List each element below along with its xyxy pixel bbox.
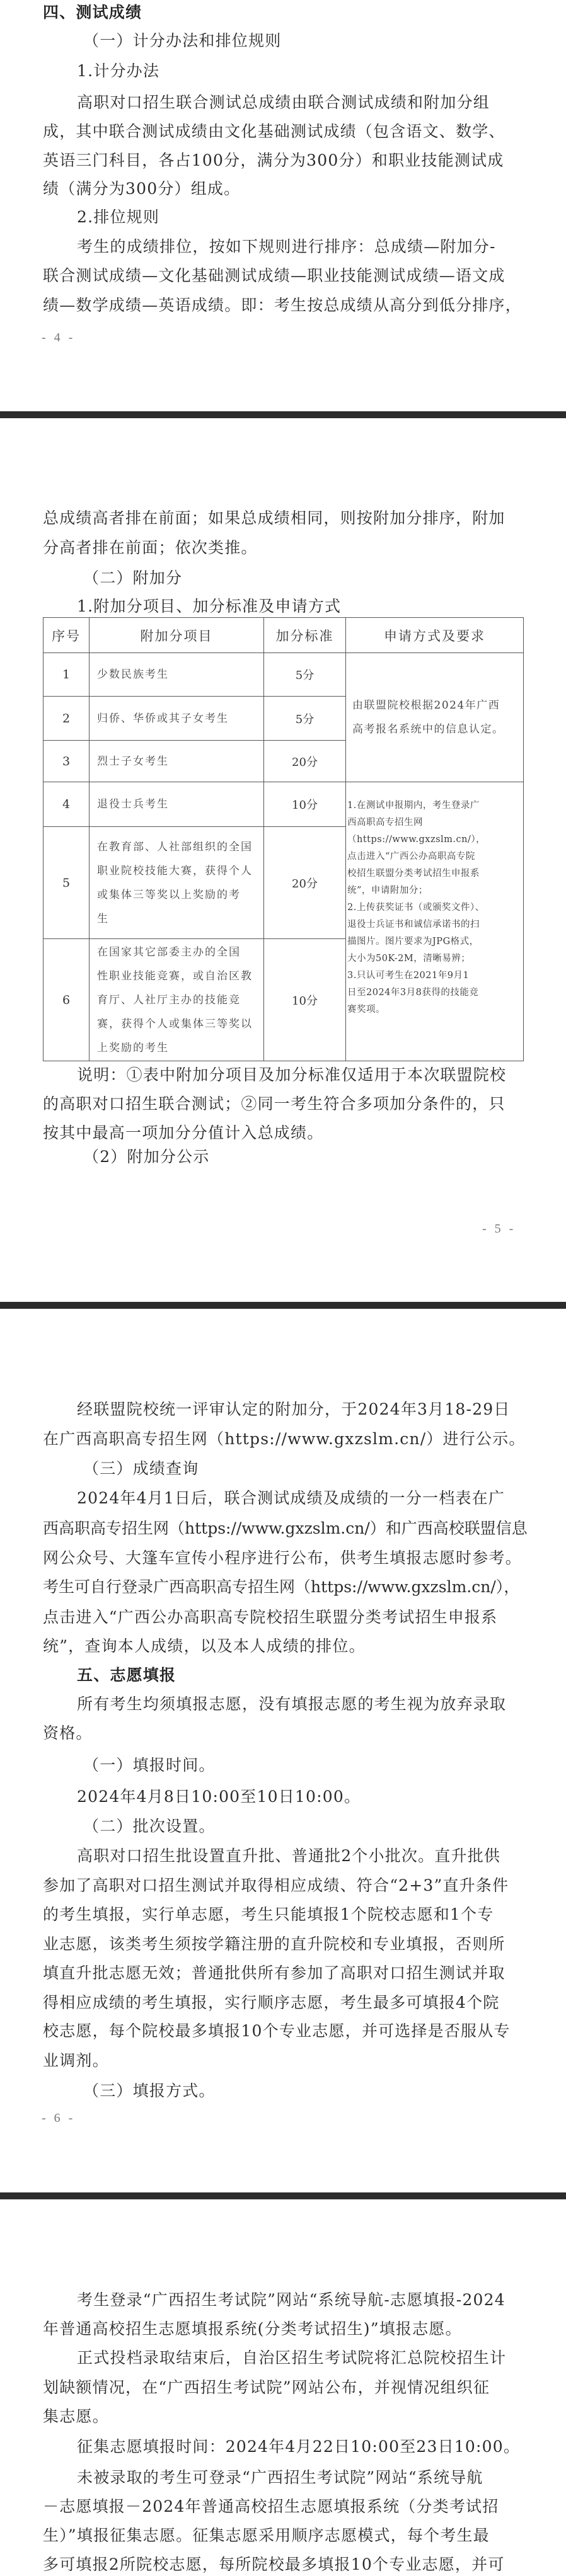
subheading-bonus-points: （二）附加分: [83, 569, 560, 588]
paragraph-line: 网公众号、大篷车宣传小程序进行公布，供考生填报志愿时参考。: [43, 1549, 519, 1568]
row-number: 5: [43, 827, 90, 939]
paragraph-line: 划缺额情况，在“广西招生考试院”网站公布，并视情况组织征: [43, 2378, 519, 2397]
requirement-line: 校招生联盟分类考试招生申报系: [347, 865, 522, 882]
paragraph-line: 分高者排在前面；依次类推。: [43, 539, 519, 557]
requirement-line: 描图片。图片要求为JPG格式，: [347, 933, 522, 950]
bonus-item-line: 赛，获得个人或集体三等奖以: [97, 1012, 258, 1036]
bonus-item: 烈士子女考生: [90, 741, 264, 782]
subheading-scoring-method: 1.计分办法: [77, 62, 519, 81]
paragraph-line: 未被录取的考生可登录“广西招生考试院”网站“系统导航: [77, 2468, 519, 2487]
paragraph-line: －志愿填报－2024年普通高校招生志愿填报系统（分类考试招: [43, 2497, 519, 2516]
paragraph-line: 业调剂。: [43, 2051, 519, 2070]
bonus-item-line: 育厅、人社厅主办的技能竞: [97, 988, 258, 1012]
bonus-standard: 5分: [264, 653, 346, 697]
page-number: - 5 -: [482, 1222, 516, 1236]
paragraph-line: 绩—数学成绩—英语成绩。即：考生按总成绩从高分到低分排序，: [43, 296, 519, 315]
note-line: 说明：①表中附加分项目及加分标准仅适用于本次联盟院校: [77, 1066, 519, 1085]
page-number: - 6 -: [42, 2111, 75, 2126]
subheading-batch-setting: （二）批次设置。: [83, 1817, 560, 1836]
paragraph-line: 总成绩高者排在前面；如果总成绩相同，则按附加分排序，附加: [43, 509, 519, 528]
requirement-line: 大小为50K-2M，清晰易辨；: [347, 950, 522, 967]
paragraph-line: 在广西高职高专招生网（https://www.gxzslm.cn/）进行公示。: [43, 1430, 519, 1449]
row-number: 1: [43, 653, 90, 697]
row-number: 3: [43, 741, 90, 782]
paragraph-line: 年普通高校招生志愿填报系统(分类考试招生)”填报志愿。: [43, 2320, 519, 2339]
table-header-row: 序号 附加分项目 加分标准 申请方式及要求: [43, 618, 524, 653]
bonus-item: 在教育部、人社部组织的全国 职业院校技能大赛，获得个人 或集体三等奖以上奖励的考…: [90, 827, 264, 939]
section-heading-test-scores: 四、测试成绩: [43, 3, 519, 22]
column-header-requirement: 申请方式及要求: [346, 618, 524, 653]
requirement-line: 统”，申请附加分；: [347, 882, 522, 899]
note-line: 按其中最高一项加分分值计入总成绩。: [43, 1124, 519, 1143]
paragraph-line: 填直升批志愿无效；普通批供所有参加了高职对口招生测试并取: [43, 1964, 519, 1983]
requirement-line: 退役士兵证书和诚信承诺书的扫: [347, 916, 522, 933]
paragraph-line: 统”，查询本人成绩，以及本人成绩的排位。: [43, 1637, 519, 1656]
page-separator: [0, 411, 566, 418]
paragraph-line: 正式投档录取结束后，自治区招生考试院将汇总院校招生计: [77, 2349, 519, 2368]
page-separator: [0, 2192, 566, 2199]
subheading-application-time: （一）填报时间。: [83, 1756, 560, 1775]
paragraph-line: 参加了高职对口招生测试并取得相应成绩、符合“2+3”直升条件: [43, 1876, 519, 1895]
bonus-standard: 10分: [264, 939, 346, 1061]
paragraph-line: 英语三门科目，各占100分，满分为300分）和职业技能测试成: [43, 151, 519, 170]
paragraph-line: 绩（满分为300分）组成。: [43, 180, 519, 198]
paragraph-line: 考生可自行登录广西高职高专招生网（https://www.gxzslm.cn/）…: [43, 1578, 519, 1597]
bonus-item: 退役士兵考生: [90, 782, 264, 827]
requirement-line: 由联盟院校根据2024年广西: [352, 693, 519, 717]
bonus-item-line: 生: [97, 907, 258, 931]
bonus-item: 在国家其它部委主办的全国 性职业技能竞赛，或自治区教 育厅、人社厅主办的技能竞 …: [90, 939, 264, 1061]
bonus-standard: 20分: [264, 827, 346, 939]
paragraph-line: 多可填报2所院校志愿，每所院校最多填报10个专业志愿，并可: [43, 2555, 519, 2574]
section-heading-application: 五、志愿填报: [77, 1666, 519, 1685]
table-row: 4 退役士兵考生 10分 1.在测试申报期内，考生登录广 西高职高专招生网 （h…: [43, 782, 524, 827]
requirement-line: 点击进入“广西公办高职高专院: [347, 848, 522, 865]
bonus-standard: 5分: [264, 697, 346, 741]
paragraph-line: 集志愿。: [43, 2407, 519, 2426]
bonus-standard: 10分: [264, 782, 346, 827]
table-row: 1 少数民族考生 5分 由联盟院校根据2024年广西 高考报名系统中的信息认定。: [43, 653, 524, 697]
subheading-scoring-ranking: （一）计分办法和排位规则: [83, 31, 560, 50]
row-number: 4: [43, 782, 90, 827]
requirement-cell-group-2: 1.在测试申报期内，考生登录广 西高职高专招生网 （https://www.gx…: [346, 782, 524, 1061]
row-number: 2: [43, 697, 90, 741]
bonus-item: 归侨、华侨或其子女考生: [90, 697, 264, 741]
subheading-score-query: （三）成绩查询: [83, 1459, 560, 1478]
paragraph-line: 业志愿，该类考生须按学籍注册的直升院校和专业填报，否则所: [43, 1935, 519, 1954]
bonus-item-line: 职业院校技能大赛，获得个人: [97, 859, 258, 883]
paragraph-line: 资格。: [43, 1724, 519, 1743]
subheading-bonus-items: 1.附加分项目、加分标准及申请方式: [77, 597, 519, 616]
requirement-line: 2.上传获奖证书（或颁奖文件）、: [347, 899, 522, 916]
paragraph-line: 2024年4月1日后，联合测试成绩及成绩的一分一档表在广: [77, 1489, 519, 1508]
paragraph-line: 所有考生均须填报志愿，没有填报志愿的考生视为放弃录取: [77, 1695, 519, 1714]
requirement-line: 赛奖项。: [347, 1001, 522, 1018]
requirement-line: 日至2024年3月8获得的技能竞: [347, 984, 522, 1001]
column-header-item: 附加分项目: [90, 618, 264, 653]
requirement-line: 高考报名系统中的信息认定。: [352, 717, 519, 741]
page-separator: [0, 1302, 566, 1309]
paragraph-line: 考生的成绩排位，按如下规则进行排序：总成绩—附加分-: [77, 237, 519, 256]
bonus-item-line: 在国家其它部委主办的全国: [97, 940, 258, 964]
paragraph-line: 成，其中联合测试成绩由文化基础测试成绩（包含语文、数学、: [43, 122, 519, 141]
paragraph-line: 高职对口招生联合测试总成绩由联合测试成绩和附加分组: [77, 93, 519, 112]
paragraph-line: 得相应成绩的考生填报，实行顺序志愿，考生最多可填报4个院: [43, 1993, 519, 2012]
bonus-item-line: 在教育部、人社部组织的全国: [97, 835, 258, 859]
row-number: 6: [43, 939, 90, 1061]
paragraph-line: 西高职高专招生网（https://www.gxzslm.cn/）和广西高校联盟信…: [43, 1519, 519, 1538]
requirement-line: 3.只认可考生在2021年9月1: [347, 967, 522, 984]
paragraph-line: 高职对口招生批设置直升批、普通批2个小批次。直升批供: [77, 1847, 519, 1866]
requirement-line: 西高职高专招生网: [347, 814, 522, 831]
requirement-url: （https://www.gxzslm.cn/），: [347, 831, 522, 848]
paragraph-line: 考生登录“广西招生考试院”网站“系统导航-志愿填报-2024: [77, 2291, 519, 2310]
column-header-no: 序号: [43, 618, 90, 653]
bonus-item: 少数民族考生: [90, 653, 264, 697]
paragraph-line: 联合测试成绩—文化基础测试成绩—职业技能测试成绩—语文成: [43, 266, 519, 285]
bonus-item-line: 上奖励的考生: [97, 1036, 258, 1060]
paragraph-line: 2024年4月8日10:00至10日10:00。: [77, 1787, 519, 1806]
requirement-line: 1.在测试申报期内，考生登录广: [347, 797, 522, 814]
paragraph-line: 经联盟院校统一评审认定的附加分，于2024年3月18-29日: [77, 1400, 519, 1419]
requirement-cell-group-1: 由联盟院校根据2024年广西 高考报名系统中的信息认定。: [346, 653, 524, 782]
bonus-points-table: 序号 附加分项目 加分标准 申请方式及要求 1 少数民族考生 5分 由联盟院校根…: [43, 617, 524, 1061]
paragraph-line: 征集志愿填报时间：2024年4月22日10:00至23日10:00。: [77, 2437, 519, 2456]
paragraph-line: 的考生填报，实行单志愿，考生只能填报1个院校志愿和1个专: [43, 1905, 519, 1924]
column-header-standard: 加分标准: [264, 618, 346, 653]
subheading-application-method: （三）填报方式。: [83, 2082, 560, 2100]
paragraph-line: 生）”填报征集志愿。征集志愿采用顺序志愿模式，每个考生最: [43, 2526, 519, 2545]
subheading-bonus-announcement: （2）附加分公示: [83, 1148, 560, 1166]
page-number: - 4 -: [42, 331, 75, 345]
subheading-ranking-rules: 2.排位规则: [77, 208, 519, 227]
bonus-standard: 20分: [264, 741, 346, 782]
paragraph-line: 校志愿，每个院校最多填报10个专业志愿，并可选择是否服从专: [43, 2022, 519, 2041]
bonus-item-line: 性职业技能竞赛，或自治区教: [97, 964, 258, 988]
bonus-item-line: 或集体三等奖以上奖励的考: [97, 883, 258, 907]
paragraph-line: 点击进入“广西公办高职高专院校招生联盟分类考试招生申报系: [43, 1608, 519, 1627]
note-line: 的高职对口招生联合测试；②同一考生符合多项加分条件的，只: [43, 1095, 519, 1114]
